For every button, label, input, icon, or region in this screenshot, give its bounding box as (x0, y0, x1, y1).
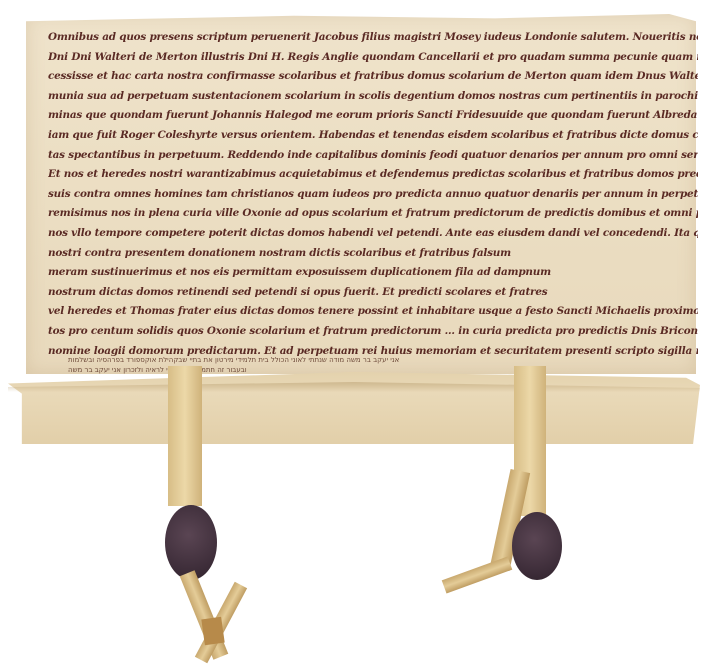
right-wax-seal (512, 512, 562, 580)
text-line: suis contra omnes homines tam christiano… (48, 185, 698, 205)
text-line: Dni Dni Walteri de Merton illustris Dni … (48, 48, 698, 68)
hebrew-endorsement-line: אני יעקב בר משה מודה שנתתי לאוני הכולל ב… (68, 356, 698, 364)
text-line: meram sustinuerimus et nos eis permittam… (48, 263, 698, 283)
text-line: Et nos et heredes nostri warantizabimus … (48, 165, 698, 185)
text-line: nostri contra presentem donationem nostr… (48, 244, 698, 264)
text-line: tos pro centum solidis quos Oxonie scola… (48, 322, 698, 342)
text-line: cessisse et hac carta nostra confirmasse… (48, 67, 698, 87)
text-line: tas spectantibus in perpetuum. Reddendo … (48, 146, 698, 166)
left-seal-tag (168, 366, 202, 506)
left-wax-seal (165, 505, 217, 580)
left-cord-knot (201, 617, 224, 646)
charter-text: Omnibus ad quos presens scriptum peruene… (48, 28, 698, 361)
text-line: minas que quondam fuerunt Johannis Haleg… (48, 106, 698, 126)
text-line: nostrum dictas domos retinendi sed peten… (48, 283, 698, 303)
text-line: nos vllo tempore competere poterit dicta… (48, 224, 698, 244)
text-line: iam que fuit Roger Coleshyrte versus ori… (48, 126, 698, 146)
text-line: remisimus nos in plena curia ville Oxoni… (48, 204, 698, 224)
text-line: Omnibus ad quos presens scriptum peruene… (48, 28, 698, 48)
text-line: munia sua ad perpetuam sustentacionem sc… (48, 87, 698, 107)
text-line: vel heredes et Thomas frater eius dictas… (48, 302, 698, 322)
right-seal-cord (442, 556, 513, 593)
